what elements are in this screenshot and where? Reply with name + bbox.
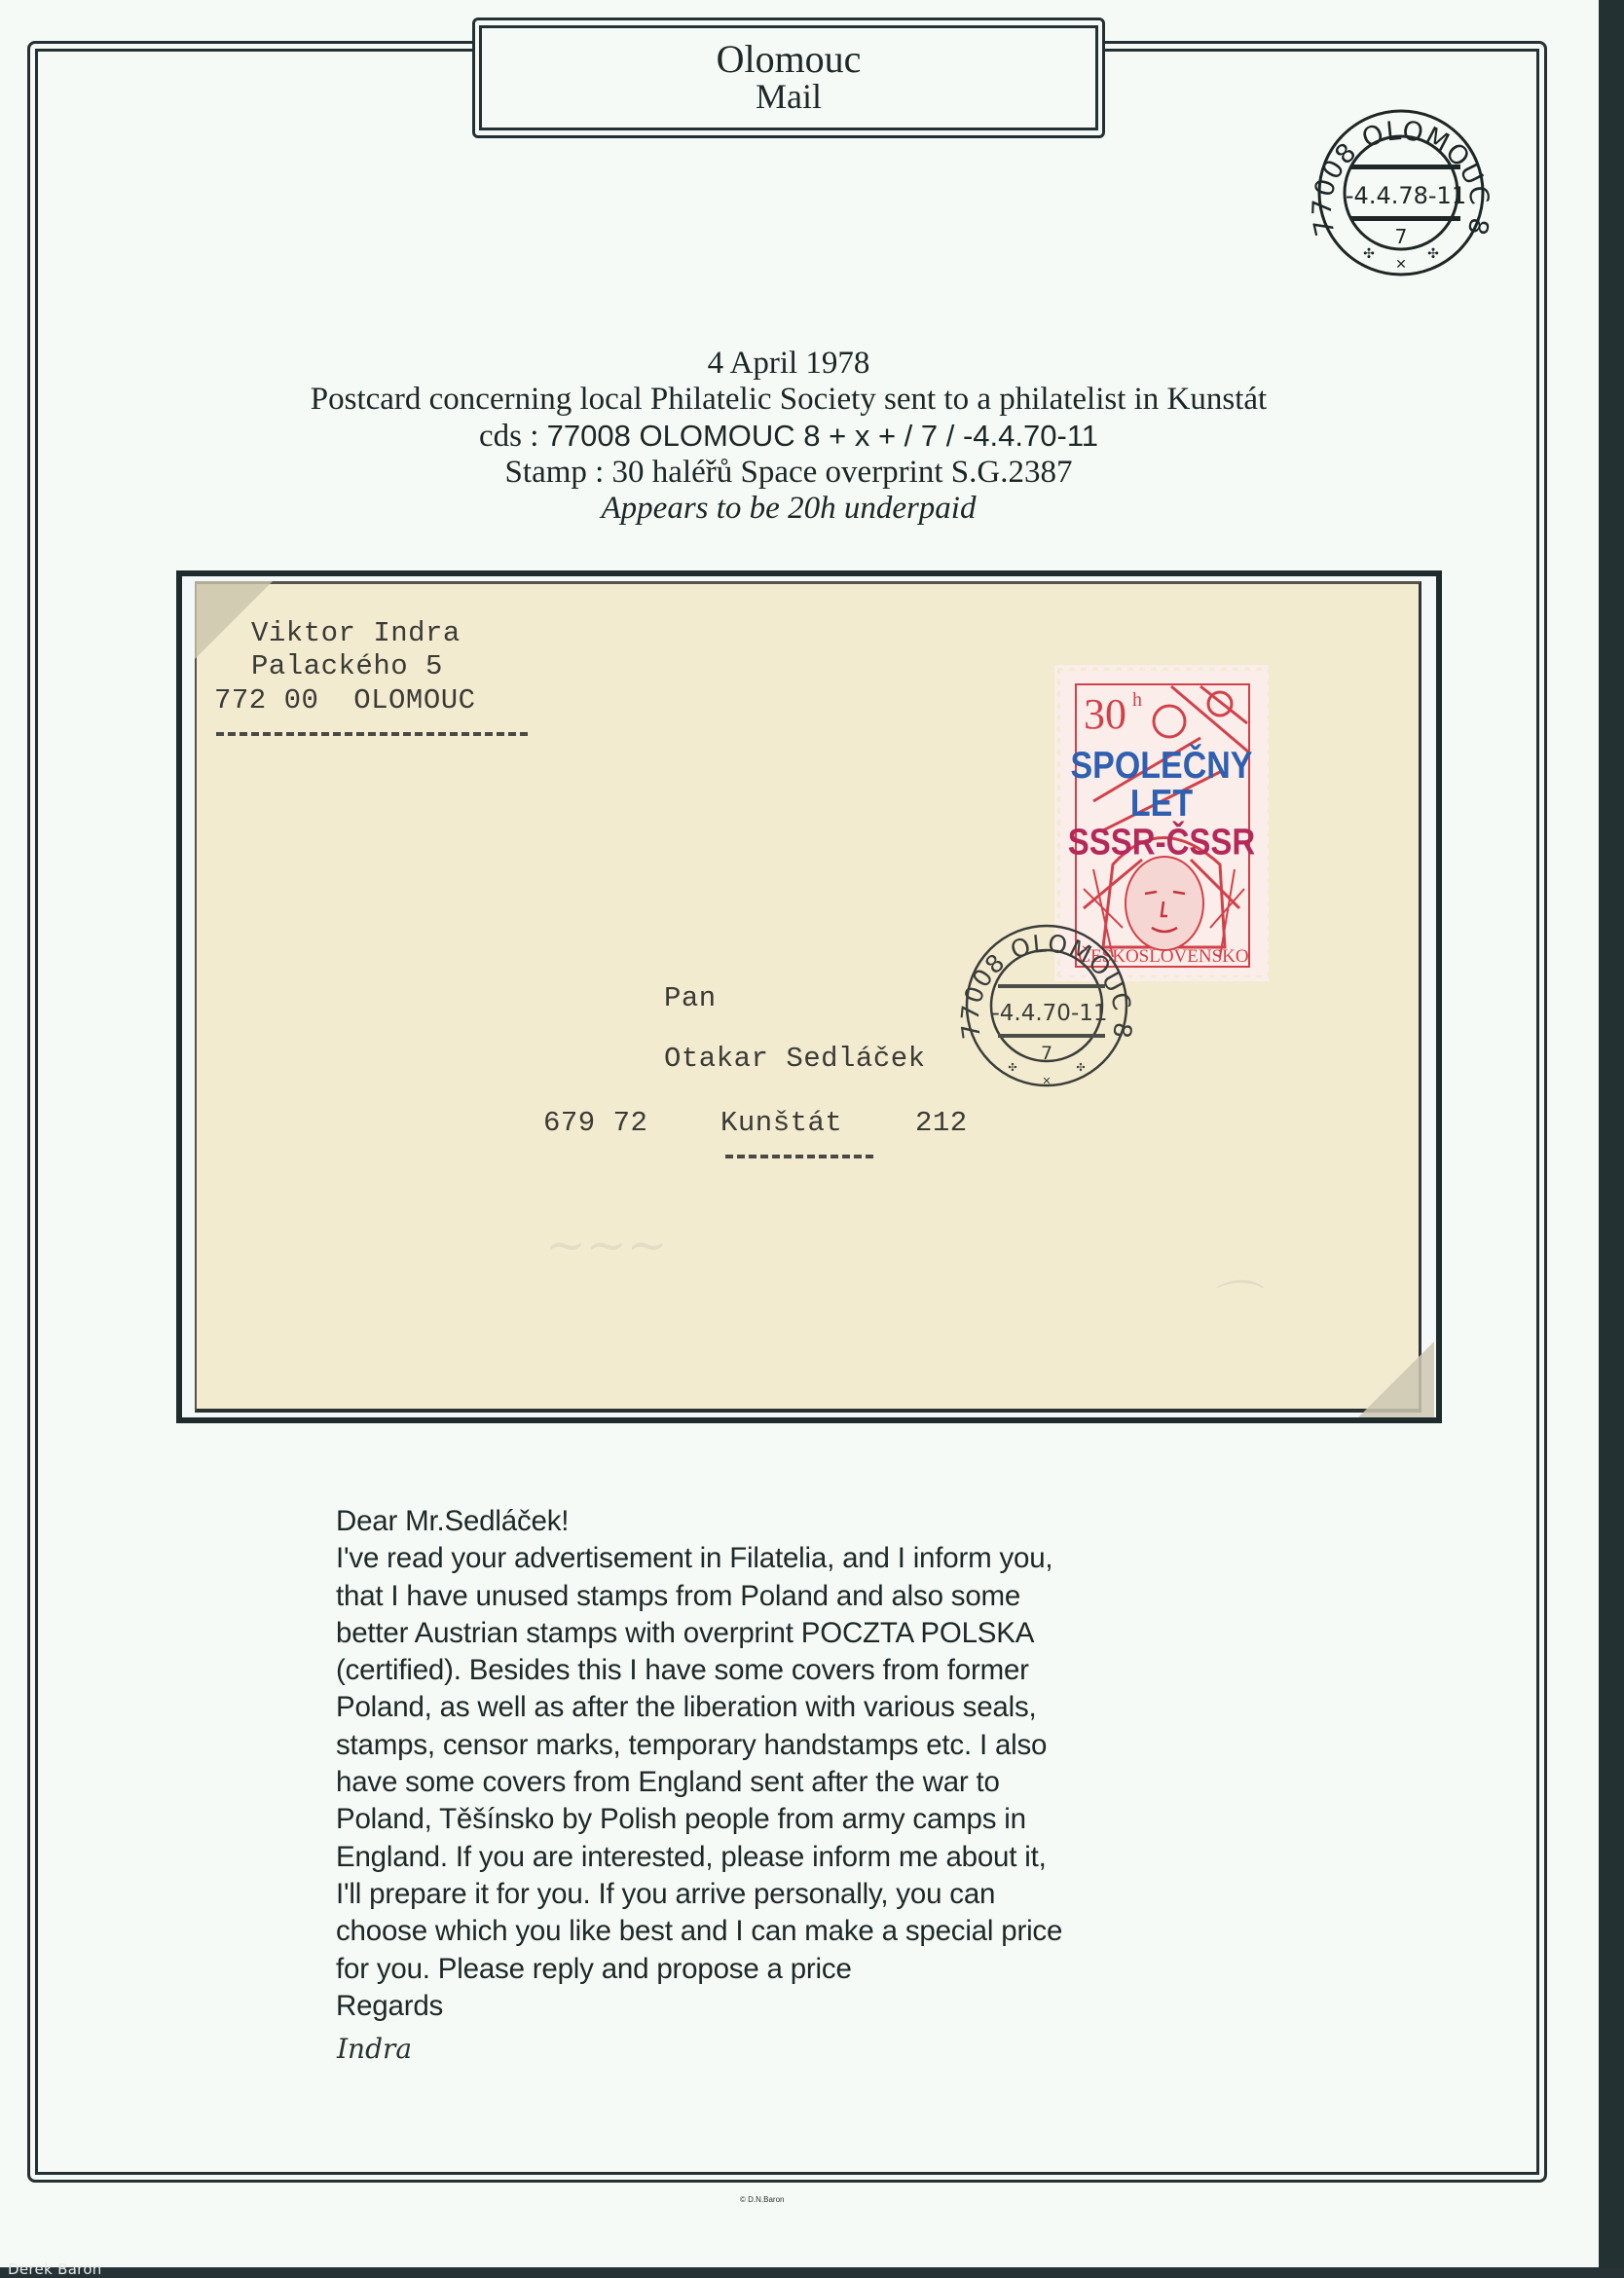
letter-line: Poland, Těšínsko by Polish people from a… (336, 1801, 1212, 1838)
letter-signature: Indra (337, 2033, 412, 2065)
letter-line: Dear Mr.Sedláček! (336, 1503, 1212, 1540)
letter-line: I'll prepare it for you. If you arrive p… (336, 1876, 1212, 1913)
stamp-overprint-line3: SSSR-ČSSR (1068, 821, 1255, 863)
cover-description: 4 April 1978 Postcard concerning local P… (136, 346, 1441, 527)
page-subtitle: Mail (482, 79, 1095, 114)
cover-note: Appears to be 20h underpaid (136, 491, 1441, 527)
letter-line: stamps, censor marks, temporary handstam… (336, 1727, 1212, 1764)
svg-text:✣: ✣ (1363, 247, 1375, 262)
stamp-value: 30 (1084, 690, 1126, 738)
svg-text:✕: ✕ (1395, 258, 1407, 273)
recipient-house-number: 212 (915, 1107, 968, 1139)
photo-corner-bottom-right (1358, 1341, 1434, 1417)
cover-cds: cds : 77008 OLOMOUC 8 + x + / 7 / -4.4.7… (136, 418, 1441, 455)
scan-edge-bottom (0, 2267, 1624, 2278)
embossed-mark: ~~~ (545, 1217, 668, 1273)
postmark-date: -4.4.78-11 (1346, 182, 1466, 209)
letter-line: Poland, as well as after the liberation … (336, 1689, 1212, 1726)
stamp-overprint-line2: LET (1130, 782, 1193, 825)
letter-line: England. If you are interested, please i… (336, 1839, 1212, 1876)
title-box: Olomouc Mail (479, 25, 1098, 130)
svg-text:✣: ✣ (1427, 247, 1439, 262)
recipient-underline (725, 1155, 873, 1158)
sender-street: Palackého 5 (251, 650, 443, 682)
postmark-number: 7 (1395, 225, 1408, 248)
recipient-salutation: Pan (664, 982, 717, 1014)
svg-text:✣: ✣ (1076, 1062, 1085, 1074)
letter-line: I've read your advertisement in Filateli… (336, 1540, 1212, 1577)
recipient-postcode: 679 72 (543, 1107, 647, 1139)
svg-text:✕: ✕ (1042, 1076, 1051, 1087)
embossed-mark-2: ⌒ (1207, 1266, 1256, 1336)
stamp-unit: h (1132, 689, 1142, 711)
letter-line: choose which you like best and I can mak… (336, 1913, 1212, 1950)
letter-line: that I have unused stamps from Poland an… (336, 1578, 1212, 1615)
letter-line: better Austrian stamps with overprint PO… (336, 1615, 1212, 1652)
svg-text:✣: ✣ (1008, 1062, 1016, 1074)
cover-date: 4 April 1978 (136, 346, 1441, 382)
letter-line: (certified). Besides this I have some co… (336, 1652, 1212, 1689)
cover-summary: Postcard concerning local Philatelic Soc… (136, 382, 1441, 418)
sender-underline (216, 732, 528, 736)
cds-value: 77008 OLOMOUC 8 + x + / 7 / -4.4.70-11 (547, 419, 1098, 453)
page-title: Olomouc (482, 40, 1095, 79)
cancellation-postmark-icon: 77008 OLOMOUC 8 -4.4.70-11 7 ✣ ✕ ✣ (954, 913, 1139, 1098)
letter-translation: Dear Mr.Sedláček!I've read your advertis… (336, 1503, 1212, 2025)
letter-line: Regards (336, 1988, 1212, 2025)
card-postmark-date: -4.4.70-11 (991, 1001, 1107, 1026)
sender-city: 772 00 OLOMOUC (214, 684, 476, 716)
recipient-town: Kunštát (720, 1107, 842, 1139)
watermark: Derek Baron (8, 2260, 102, 2278)
stamp-overprint-line1: SPOLEČNY (1071, 743, 1253, 787)
recipient-name: Otakar Sedláček (664, 1043, 926, 1075)
letter-line: have some covers from England sent after… (336, 1764, 1212, 1801)
scan-edge-right (1599, 0, 1624, 2278)
copyright-notice: © D.N.Baron (740, 2195, 784, 2204)
letter-line: for you. Please reply and propose a pric… (336, 1951, 1212, 1988)
card-postmark-number: 7 (1041, 1043, 1052, 1064)
sender-name: Viktor Indra (251, 617, 461, 649)
postmark-icon: 77008 OLOMOUC 8 -4.4.78-11 7 ✣ ✕ ✣ (1305, 105, 1497, 282)
cover-stamp-info: Stamp : 30 haléřů Space overprint S.G.23… (136, 455, 1441, 491)
